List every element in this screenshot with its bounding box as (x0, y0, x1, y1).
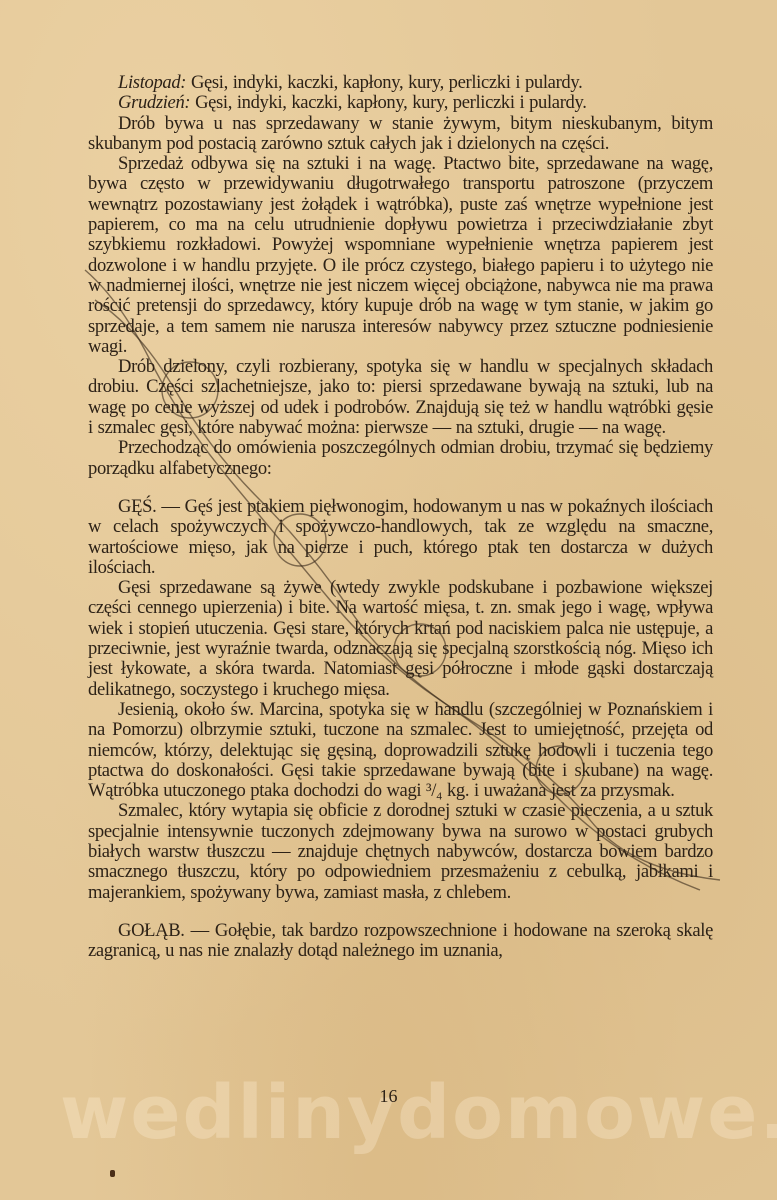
ink-speck (110, 1170, 115, 1177)
month-label: Listopad: (118, 72, 186, 93)
paragraph-sale-by-weight: Sprzedaż odbywa się na sztuki i na wagę.… (88, 154, 713, 357)
paragraph-ges-autumn: Jesienią, około św. Marcina, spotyka się… (88, 700, 713, 801)
paragraph-divided-poultry: Drób dzielony, czyli rozbierany, spotyka… (88, 357, 713, 438)
paragraph-ges-sale: Gęsi sprzedawane są żywe (wtedy zwykle p… (88, 578, 713, 700)
paragraph-listopad: Listopad: Gęsi, indyki, kaczki, kapłony,… (88, 73, 713, 93)
paragraph-sale-forms: Drób bywa u nas sprzedawany w stanie żyw… (88, 114, 713, 155)
section-gap (88, 903, 713, 921)
month-label: Grudzień: (118, 92, 190, 113)
paragraph-golab-heading: GOŁĄB. — Gołębie, tak bardzo rozpowszech… (88, 921, 713, 962)
paragraph-grudzien: Grudzień: Gęsi, indyki, kaczki, kapłony,… (88, 93, 713, 113)
section-gap (88, 479, 713, 497)
paragraph-intro-alphabetical: Przechodząc do omówienia poszczególnych … (88, 438, 713, 479)
watermark-text: wedlinydomowe.pl (60, 1070, 720, 1156)
page-number: 16 (0, 1086, 777, 1107)
page-body: Listopad: Gęsi, indyki, kaczki, kapłony,… (88, 73, 713, 961)
paragraph-ges-heading: GĘŚ. — Gęś jest ptakiem pięłwonogim, hod… (88, 497, 713, 578)
paragraph-ges-lard: Szmalec, który wytapia się obficie z dor… (88, 801, 713, 902)
